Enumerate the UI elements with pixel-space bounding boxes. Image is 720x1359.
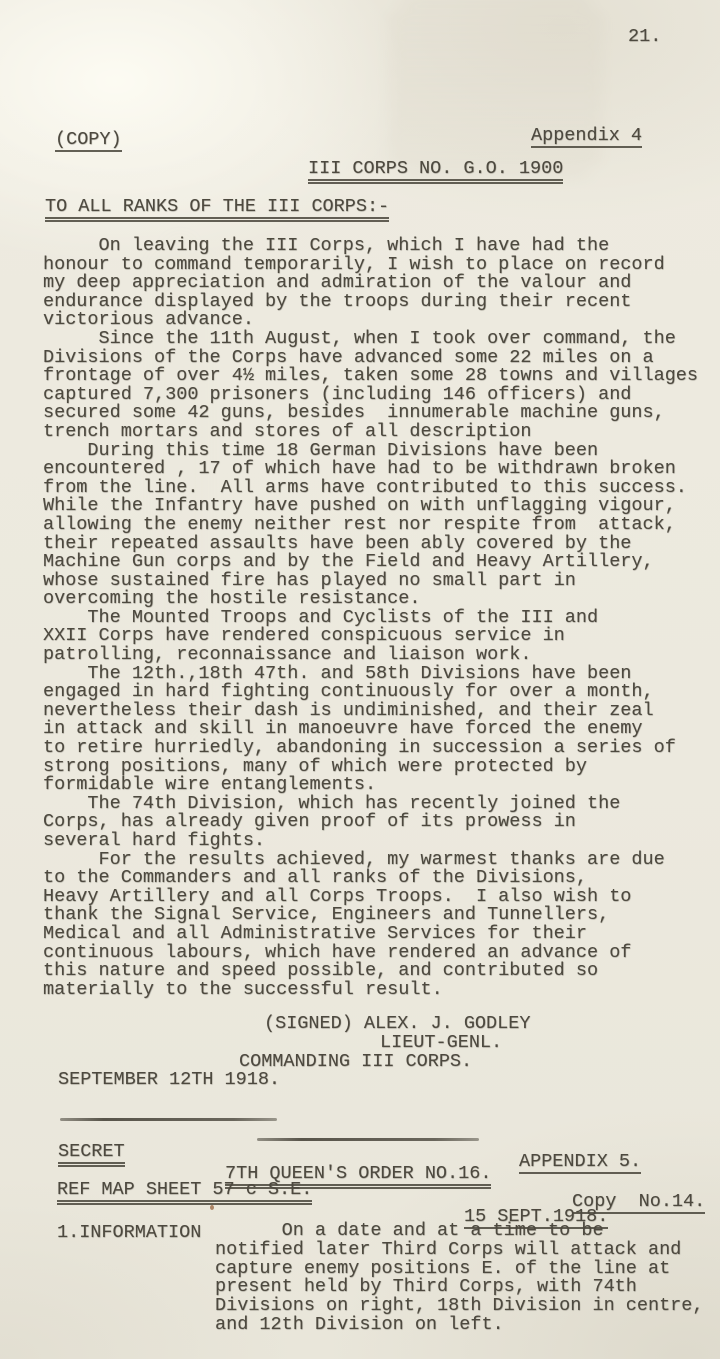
document-body: On leaving the III Corps, which I have h… xyxy=(43,237,698,999)
salutation: TO ALL RANKS OF THE III CORPS:- xyxy=(45,197,389,222)
order-title-overline xyxy=(257,1138,479,1141)
page-number: 21. xyxy=(628,27,661,46)
map-reference: REF MAP SHEET 57 c S.E. xyxy=(57,1180,312,1205)
ink-speck xyxy=(210,1205,214,1210)
signature-date-line: SEPTEMBER 12TH 1918. xyxy=(58,1070,280,1089)
appendix-4-label: Appendix 4 xyxy=(531,126,642,148)
divider-line xyxy=(60,1118,277,1121)
bleedthrough-stain xyxy=(388,0,603,175)
classification-label: SECRET xyxy=(58,1142,125,1167)
information-paragraph: On a date and at a time to be notified l… xyxy=(215,1222,703,1335)
signature-rank-line: LIEUT-GENL. xyxy=(380,1033,502,1052)
section-label: 1.INFORMATION xyxy=(57,1223,201,1242)
copy-label: (COPY) xyxy=(55,130,122,152)
signature-signed-line: (SIGNED) ALEX. J. GODLEY xyxy=(264,1014,530,1033)
appendix-5-label: APPENDIX 5. xyxy=(519,1152,641,1174)
document-title: III CORPS NO. G.O. 1900 xyxy=(308,159,563,184)
document-page: 21. (COPY) Appendix 4 III CORPS NO. G.O.… xyxy=(0,0,720,1359)
